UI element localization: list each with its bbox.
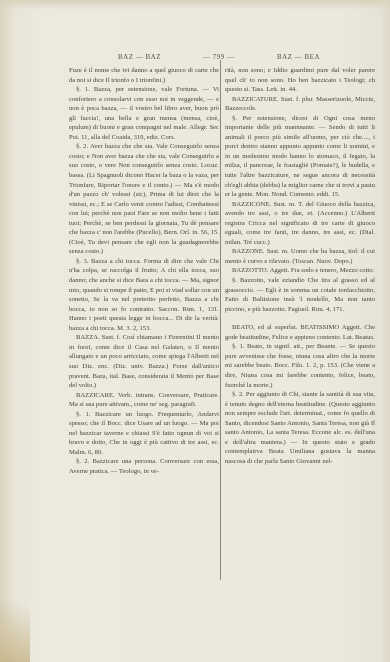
entry-paragraph: rità, non sono; e Iddio guardimi pure da… bbox=[225, 66, 375, 95]
running-head-left: BAZ — BAZ bbox=[118, 53, 161, 61]
entry-paragraph: §. 2. Aver bazza che che sia. Vale Conse… bbox=[69, 142, 219, 257]
entry-paragraph: BAZZICARE. Verb. intrans. Conversare, Pr… bbox=[69, 391, 219, 410]
entry-paragraph: BAZZONE. Sust. m. Uomo che ha bazza, tio… bbox=[225, 247, 375, 266]
entry-paragraph: BEATO, ed al superlat. BEATISSIMO Aggett… bbox=[225, 323, 375, 342]
entry-paragraph: §. Bazzotto, vale eziandio Che tira al g… bbox=[225, 276, 375, 314]
entry-paragraph: Fuze è il nome che ivi danno a quel giuo… bbox=[69, 66, 219, 85]
entry-paragraph: BAZZOTTO. Aggett. Fra sodo e tenero, Mez… bbox=[225, 266, 375, 276]
entry-paragraph: BAZZICATURE. Sust. f. plur. Masserizuole… bbox=[225, 95, 375, 114]
entry-paragraph: BAZZICONE. Sust. m. T. del Giuoco della … bbox=[225, 200, 375, 248]
page-edge-shadow bbox=[0, 0, 390, 10]
entry-paragraph: §. 1. Beato, in signif. att., per Beante… bbox=[225, 342, 375, 390]
left-column: Fuze è il nome che ivi danno a quel giuo… bbox=[69, 66, 219, 477]
entry-paragraph: §. 2. Bazzicare una persona. Conversare … bbox=[69, 457, 219, 476]
entry-paragraph: BAZZA. Sust. f. Così chiamano i Fiorenti… bbox=[69, 333, 219, 390]
running-head: BAZ — BAZ — 799 — BAZ — BEA bbox=[0, 53, 390, 63]
page-corner-stain bbox=[0, 560, 30, 662]
entry-paragraph: §. Per estensione, dicesi di Ogni cosa m… bbox=[225, 114, 375, 200]
entry-paragraph: §. 2. Per aggiunto di Chi, stante la san… bbox=[225, 390, 375, 466]
entry-paragraph: §. 1. Bazzicare un luogo. Frequentarlo, … bbox=[69, 410, 219, 458]
running-head-right: BAZ — BEA bbox=[277, 53, 320, 61]
scanned-page: BAZ — BAZ — 799 — BAZ — BEA Fuze è il no… bbox=[0, 0, 390, 662]
column-divider bbox=[220, 60, 221, 580]
entry-paragraph: §. 1. Bazza, per estensione, vale Fortun… bbox=[69, 85, 219, 142]
entry-paragraph: §. 3. Bazza a chi tocca. Forma di dire c… bbox=[69, 257, 219, 333]
page-number: — 799 — bbox=[203, 53, 235, 61]
right-column: rità, non sono; e Iddio guardimi pure da… bbox=[225, 66, 375, 466]
